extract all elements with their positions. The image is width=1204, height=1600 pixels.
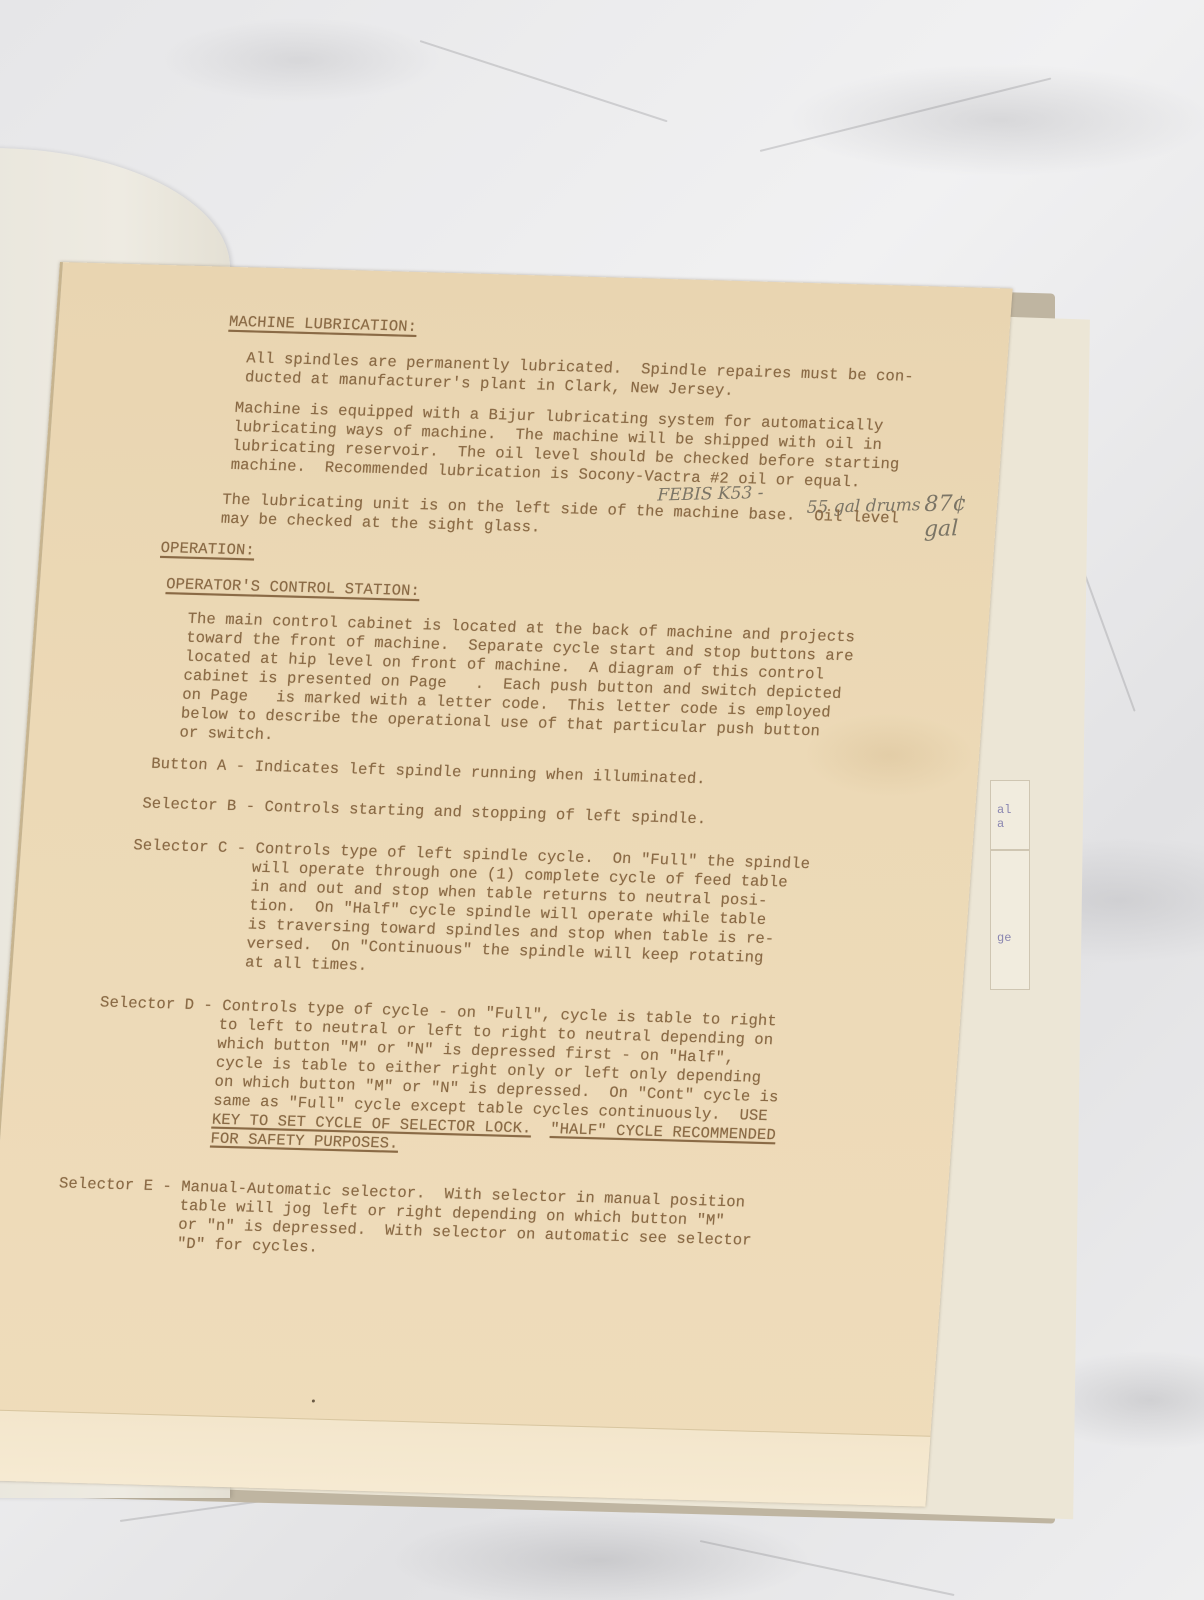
handwritten-note-febis: FEBIS K53 - bbox=[657, 483, 764, 506]
paragraph-lubrication-2: Machine is equipped with a Bijur lubrica… bbox=[230, 399, 903, 494]
text-line: Controls starting and stopping of left s… bbox=[264, 798, 707, 828]
marble-vein bbox=[1079, 561, 1136, 712]
section-heading-lubrication: MACHINE LUBRICATION: bbox=[228, 313, 417, 337]
control-label: Selector B - bbox=[142, 795, 256, 816]
side-tab: ge bbox=[990, 850, 1030, 990]
section-heading-operation: OPERATION: bbox=[160, 539, 255, 561]
text-line: or switch. bbox=[179, 724, 274, 745]
marble-vein bbox=[700, 1540, 955, 1596]
text-line: at all times. bbox=[245, 953, 368, 974]
document-page: MACHINE LUBRICATION: All spindles are pe… bbox=[0, 262, 1013, 1507]
side-tab: al a bbox=[990, 780, 1030, 850]
control-label: Selector E - bbox=[58, 1174, 172, 1195]
side-tab-text: a bbox=[997, 817, 1004, 831]
control-label: Selector D - bbox=[99, 993, 213, 1014]
paragraph-control-station: The main control cabinet is located at t… bbox=[179, 610, 856, 761]
paragraph-lubrication-3: The lubricating unit is on the left side… bbox=[220, 491, 899, 548]
side-tab-text: al bbox=[997, 803, 1011, 817]
control-label: Selector C - bbox=[133, 836, 247, 857]
paper-speck bbox=[312, 1399, 315, 1402]
side-tab-text: ge bbox=[997, 931, 1011, 945]
paragraph-lubrication-1: All spindles are permanently lubricated.… bbox=[244, 349, 914, 406]
text-line: Indicates left spindle running when illu… bbox=[254, 758, 706, 789]
handwritten-note-price: 87¢ gal bbox=[924, 490, 997, 542]
control-button-a: Button A - Indicates left spindle runnin… bbox=[151, 755, 707, 789]
marble-vein bbox=[760, 77, 1052, 152]
marble-vein bbox=[420, 40, 668, 122]
safety-note-purposes: FOR SAFETY PURPOSES. bbox=[210, 1130, 399, 1153]
control-selector-d-body: to left to neutral or left to right to n… bbox=[210, 1016, 783, 1165]
text-line: "D" for cycles. bbox=[176, 1235, 318, 1257]
control-selector-b: Selector B - Controls starting and stopp… bbox=[142, 795, 707, 830]
subheading-control-station: OPERATOR'S CONTROL STATION: bbox=[165, 575, 420, 601]
control-selector-c-body: will operate through one (1) complete cy… bbox=[244, 859, 788, 988]
control-label: Button A - bbox=[151, 755, 246, 776]
